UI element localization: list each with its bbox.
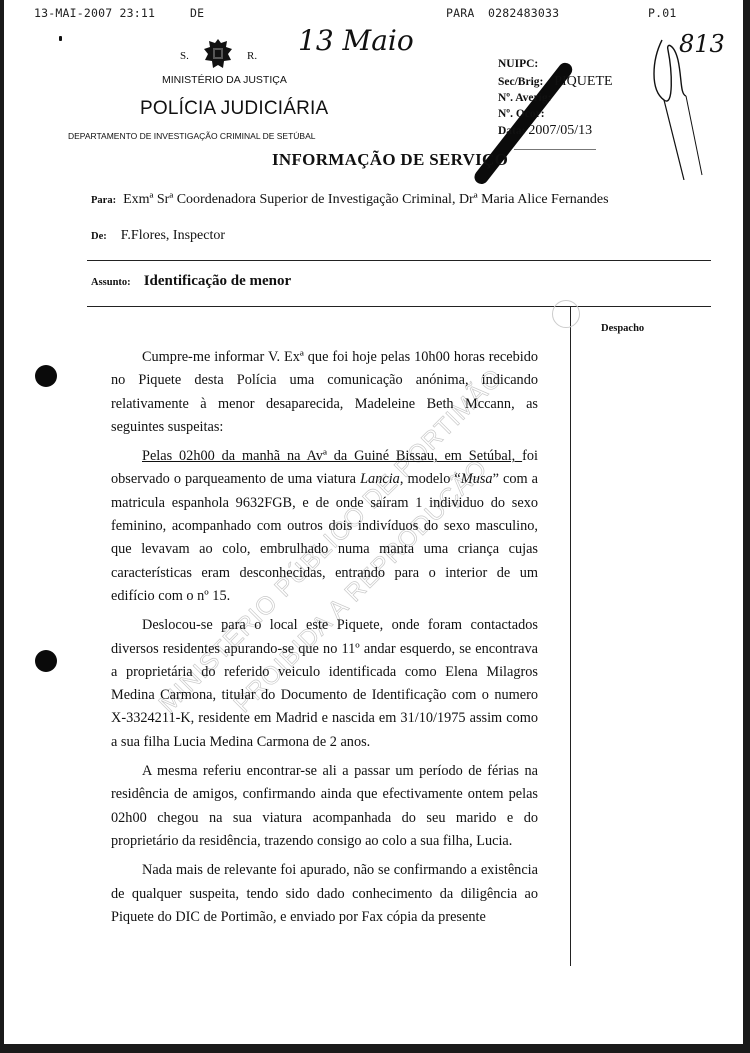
handwritten-signature-icon xyxy=(644,30,714,180)
speck-mark xyxy=(59,36,62,41)
date-label: Data: xyxy=(498,125,525,137)
fax-datetime: 13-MAI-2007 23:11 xyxy=(34,6,155,20)
subject-field: Assunto: Identificação de menor xyxy=(91,272,291,290)
sender-label: De: xyxy=(91,231,107,242)
agency-name: POLÍCIA JUDICIÁRIA xyxy=(140,98,328,120)
watermark-circle xyxy=(552,300,580,328)
body-paragraph: Cumpre-me informar V. Exª que foi hoje p… xyxy=(111,346,538,439)
body-paragraph: A mesma referiu encontrar-se ali a passa… xyxy=(111,760,538,853)
ocor-label: Nº. Ocor: xyxy=(498,108,545,120)
handwritten-date-note: 13 Maio xyxy=(298,24,414,57)
fax-to-number: 0282483033 xyxy=(488,6,559,20)
sender-field: De: F.Flores, Inspector xyxy=(91,226,225,244)
nuipc-label: NUIPC: xyxy=(498,58,538,70)
body-paragraph: Nada mais de relevante foi apurado, não … xyxy=(111,859,538,929)
averig-label: Nº. Averig: xyxy=(498,92,551,104)
fax-page-number: P.01 xyxy=(648,6,677,20)
crest-letter-left: S. xyxy=(180,50,189,62)
divider-top xyxy=(87,260,711,261)
department-name: DEPARTAMENTO DE INVESTIGAÇÃO CRIMINAL DE… xyxy=(68,131,316,141)
date-field: Data: 2007/05/13 xyxy=(498,123,592,139)
document-page: 13-MAI-2007 23:11 DE PARA 0282483033 P.0… xyxy=(4,0,743,1044)
fax-to-label: PARA xyxy=(446,6,475,20)
document-title: INFORMAÇÃO DE SERVIÇO xyxy=(272,150,508,170)
body-paragraph-text: Pelas 02h00 da manhã na Avª da Guiné Bis… xyxy=(111,448,538,604)
subject-value: Identificação de menor xyxy=(144,273,291,289)
fax-from-label: DE xyxy=(190,6,204,20)
recipient-label: Para: xyxy=(91,195,116,206)
date-value: 2007/05/13 xyxy=(528,123,592,138)
punch-hole-bottom xyxy=(35,650,57,672)
secbrig-label: Sec/Brig: xyxy=(498,76,543,88)
despacho-column-divider xyxy=(570,306,571,966)
coat-of-arms-icon xyxy=(203,38,233,72)
recipient-value: Exmª Srª Coordenadora Superior de Invest… xyxy=(123,192,609,207)
title-trailing-line xyxy=(514,149,596,150)
body-paragraph: Deslocou-se para o local este Piquete, o… xyxy=(111,614,538,754)
sender-value: F.Flores, Inspector xyxy=(121,228,225,243)
body-paragraph: Pelas 02h00 da manhã na Avª da Guiné Bis… xyxy=(111,445,538,608)
secbrig-value: PIQUETE xyxy=(554,74,612,89)
despacho-label: Despacho xyxy=(601,323,644,334)
divider-bottom xyxy=(87,306,711,307)
secbrig-field: Sec/Brig: PIQUETE xyxy=(498,74,613,90)
recipient-field: Para: Exmª Srª Coordenadora Superior de … xyxy=(91,190,609,208)
punch-hole-top xyxy=(35,365,57,387)
body-text: Cumpre-me informar V. Exª que foi hoje p… xyxy=(111,346,538,929)
ministry-name: MINISTÉRIO DA JUSTIÇA xyxy=(162,74,287,86)
crest-letter-right: R. xyxy=(247,50,257,62)
subject-label: Assunto: xyxy=(91,277,131,288)
